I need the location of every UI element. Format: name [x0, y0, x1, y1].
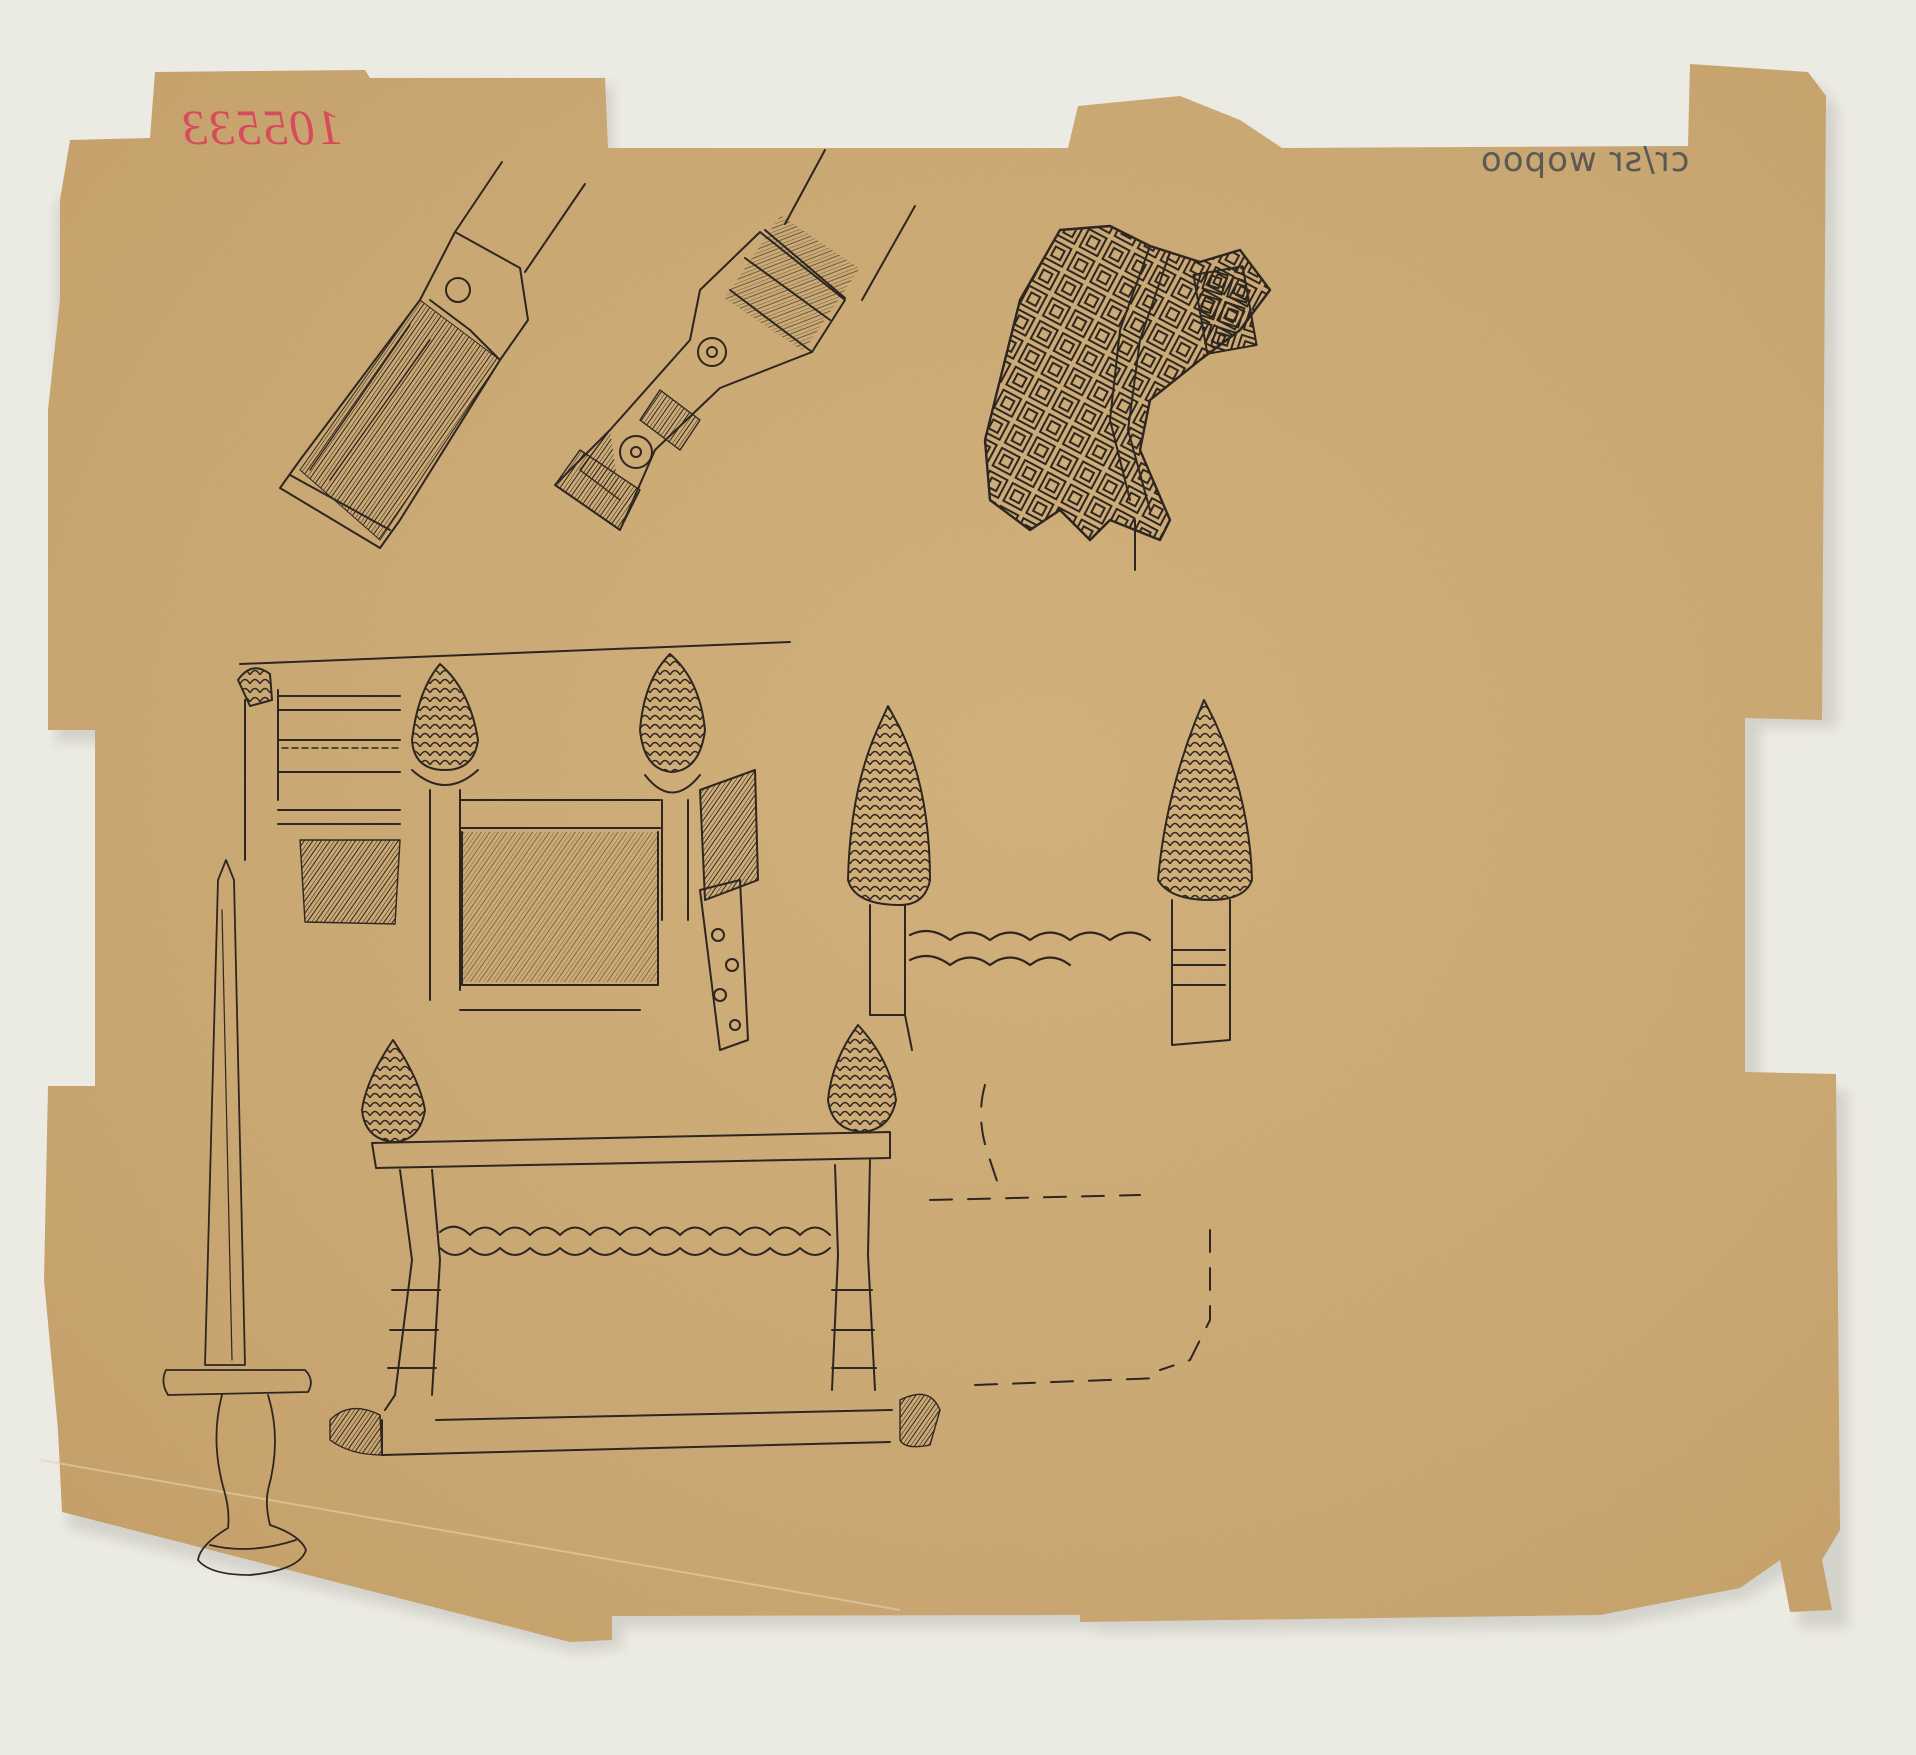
paper-sheet: [0, 0, 1916, 1755]
